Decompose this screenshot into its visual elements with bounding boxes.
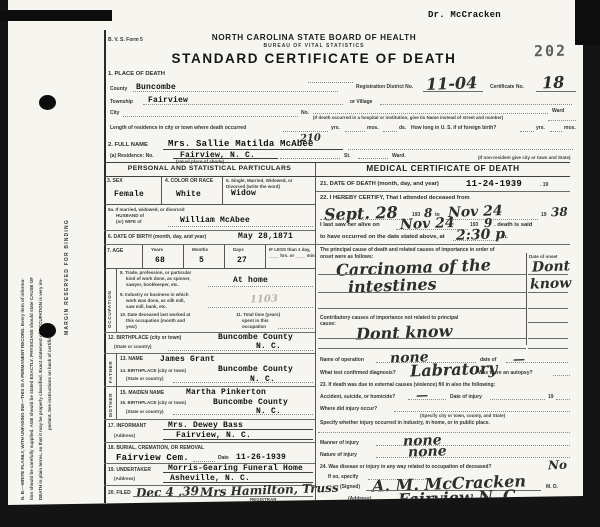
abode-note: (Usual place of abode) — [176, 159, 224, 165]
mother-state-note: (State or country) — [126, 409, 164, 415]
birthplace-state-note: (State or country) — [114, 344, 152, 350]
house-number-handwritten: 210 — [300, 133, 321, 145]
father-name-value: James Grant — [160, 355, 215, 364]
age-years-cell: Years 68 — [143, 245, 184, 268]
signed-label: (Signed) — [340, 484, 360, 490]
registrar-label: REGISTRAR — [250, 497, 277, 503]
place-of-death-label: 1. PLACE OF DEATH — [108, 71, 165, 78]
accident-handwritten: — — [416, 388, 428, 402]
total-time-label-1: 11. Total time (years) — [236, 312, 280, 318]
medical-section-title: MEDICAL CERTIFICATE OF DEATH — [316, 164, 570, 173]
marital-cell: 5. Single, Married, Widowed, or Divorced… — [223, 176, 315, 204]
mother-birthplace-value: Buncombe County — [213, 398, 288, 407]
where-injury-note: (Specify city or town, county, and State… — [420, 413, 505, 419]
days-label: Days — [233, 247, 244, 253]
full-name-label: 2. FULL NAME — [108, 142, 148, 149]
scan-artifact-top-stripe — [0, 10, 112, 21]
township-label: Township — [110, 99, 133, 105]
years-label: Years — [151, 247, 163, 253]
residence-length-label: Length of residence in city or town wher… — [110, 125, 246, 131]
certificate-no-value: 18 — [542, 73, 565, 93]
margin-note-line3: DEATH in plain terms, so that it may be … — [38, 278, 44, 500]
to-year-printed: 19 — [541, 212, 547, 218]
operation-date-handwritten: — — [513, 352, 525, 366]
color-race-value: White — [176, 190, 201, 199]
contributory-handwritten: Dont know — [356, 321, 453, 343]
specify-injury-label: Specify whether injury occurred in indus… — [320, 420, 490, 426]
county-label: County — [110, 86, 127, 92]
months-value: 5 — [199, 256, 204, 265]
external-causes-label: 23. If death was due to external causes … — [320, 382, 495, 388]
injury-19-label: 19 — [548, 394, 554, 400]
occupation-side-label: OCCUPATION — [107, 290, 113, 328]
industry-pencil-mark: 1103 — [250, 294, 278, 306]
spouse-label-1: 5a. If married, widowed, or divorced — [108, 207, 185, 213]
margin-binding-label: MARGIN RESERVED FOR BINDING — [64, 219, 70, 335]
cause-of-death-line2: intestines — [348, 274, 437, 296]
city-no-label: No. — [301, 110, 309, 116]
nature-handwritten: none — [408, 443, 447, 460]
color-race-label: 4. COLOR OR RACE — [165, 178, 213, 184]
yrs-label: yrs. — [331, 125, 340, 131]
filed-date-handwritten: Dec 4 ,39 — [136, 484, 199, 500]
md-label: M. D. — [546, 484, 558, 490]
father-state-note: (State or country) — [126, 376, 164, 382]
date-of-death-suffix: . 19 — [540, 182, 548, 188]
spouse-value: William McAbee — [180, 216, 250, 225]
if-less-cell: IF LESS than 1 day, ____ hrs. or ____ mi… — [266, 245, 315, 268]
injury-date-label: Date of injury — [450, 394, 482, 400]
nature-of-injury-label: Nature of injury — [320, 452, 357, 458]
undertaker-address-label: (Address) — [114, 476, 135, 482]
months-label: Months — [192, 247, 208, 253]
ward2-label: Ward. — [392, 153, 406, 159]
signature-address-label: (Address) — [348, 496, 371, 502]
personal-section-title: PERSONAL AND STATISTICAL PARTICULARS — [104, 165, 315, 172]
hole-punch-top — [39, 95, 56, 110]
village-label: or Village — [350, 99, 372, 105]
operation-label: Name of operation — [320, 357, 364, 363]
test-label: What test confirmed diagnosis? — [320, 370, 396, 376]
father-side-label: FATHER — [108, 361, 114, 383]
column-divider — [315, 162, 316, 503]
certificate-title: STANDARD CERTIFICATE OF DEATH — [104, 51, 524, 66]
signature-address-handwritten: Fairview N. C. — [398, 486, 522, 509]
age-days-cell: Days 27 — [225, 245, 266, 268]
color-race-cell: 4. COLOR OR RACE White — [162, 176, 223, 204]
informant-label: 17. INFORMANT — [108, 423, 146, 429]
last-saw-handwritten: Nov 24 — [400, 215, 455, 233]
sex-cell: 3. SEX Female — [104, 176, 162, 204]
mother-side-label: MOTHER — [108, 393, 114, 417]
ward-label: Ward — [552, 108, 564, 114]
related-occupation-handwritten: No — [548, 458, 567, 473]
total-time-label-2: spent in this — [242, 318, 269, 324]
foreign-birth-label: How long in U. S. if of foreign birth? — [411, 125, 496, 131]
filed-label: 20. FILED — [108, 490, 131, 496]
certificate-paper: N. B.—WRITE PLAINLY, WITH UNFADING INK—T… — [8, 0, 583, 505]
board-name: NORTH CAROLINA STATE BOARD OF HEALTH — [104, 33, 524, 42]
last-worked-label-1: 10. Date deceased last worked at — [120, 312, 190, 318]
mother-birthplace-label: 16. BIRTHPLACE (city or town) — [120, 400, 186, 406]
birthplace-value: Buncombe County — [218, 333, 293, 342]
doctor-annotation: Dr. McCracken — [428, 10, 501, 20]
related-occupation-label: 24. Was disease or injury in any way rel… — [320, 464, 492, 470]
certificate-no-label: Certificate No. — [490, 84, 524, 90]
date-of-death-label: 21. DATE OF DEATH (month, day, and year) — [320, 181, 439, 188]
bureau-name: BUREAU OF VITAL STATISTICS — [104, 43, 524, 49]
burial-date-value: 11-26-1939 — [236, 453, 286, 462]
industry-label-3: saw mill, bank, etc. — [126, 304, 167, 310]
last-worked-label-2: this occupation (month and — [126, 318, 185, 324]
if-less-label: IF LESS than 1 day, ____ hrs. or ____ mi… — [269, 247, 317, 258]
mos2-label: mos. — [564, 125, 576, 131]
spouse-label-3: (or) WIFE of — [116, 219, 142, 225]
city-label: City — [110, 110, 119, 116]
dob-label: 6. DATE OF BIRTH (month, day, and year) — [108, 234, 206, 240]
contributory-label-1: Contributory causes of importance not re… — [320, 315, 458, 321]
father-birthplace-label: 14. BIRTHPLACE (city or town) — [120, 368, 186, 374]
where-injury-label: Where did injury occur? — [320, 406, 377, 412]
accident-label: Accident, suicide, or homicide? — [320, 394, 395, 400]
industry-label-1: 9. Industry or business in which — [120, 292, 189, 298]
margin-note-line4: portant. See instructions on back of cer… — [47, 329, 53, 430]
m-label: m. — [501, 234, 508, 241]
margin-note-line2: tion should be carefully supplied. AGE s… — [29, 277, 35, 500]
autopsy-label: Was there an autopsy? — [478, 370, 533, 376]
ds-label: ds. — [399, 125, 406, 131]
to-year-handwritten: 38 — [551, 205, 568, 220]
stamp-number: 202 — [534, 42, 567, 61]
years-value: 68 — [155, 256, 165, 265]
age-cell: 7. AGE — [104, 245, 143, 268]
marital-value: Widow — [231, 189, 256, 198]
trade-label-2: kind of work done, as spinner, — [126, 276, 191, 282]
undertaker-label: 19. UNDERTAKER — [108, 467, 151, 473]
trade-value: At home — [233, 276, 268, 285]
occurred-label: to have occurred on the date stated abov… — [320, 234, 445, 241]
contributory-label-2: cause: — [320, 321, 336, 327]
father-name-label: 13. NAME — [120, 356, 143, 362]
industry-label-2: work was done, as silk mill, — [126, 298, 185, 304]
st-label: St. — [344, 153, 350, 159]
if-so-specify-label: If so, specify — [328, 474, 358, 480]
hole-punch-bottom — [39, 323, 56, 338]
informant-address-label: (Address) — [114, 433, 135, 439]
onset-handwritten-line2: know — [530, 275, 572, 292]
nonresident-note: (If non-resident give city or town and S… — [478, 155, 571, 161]
principal-cause-label-1: The principal cause of death and related… — [320, 247, 565, 253]
sex-label: 3. SEX — [107, 178, 123, 184]
days-value: 27 — [237, 256, 247, 265]
section-top-rule — [104, 162, 570, 163]
date-of-death-value: 11-24-1939 — [466, 179, 522, 189]
burial-label: 18. BURIAL, CREMATION, OR REMOVAL — [108, 445, 204, 451]
spouse-label-2: HUSBAND of — [116, 213, 144, 219]
residence-label: (a) Residence: No. — [110, 153, 154, 159]
birthplace-label: 12. BIRTHPLACE (city or town) — [108, 335, 181, 341]
time-of-death-handwritten: 2:30 p — [456, 226, 506, 244]
manner-of-injury-label: Manner of injury — [320, 440, 359, 446]
mother-maiden-label: 15. MAIDEN NAME — [120, 390, 164, 396]
marital-label: 5. Single, Married, Widowed, or Divorced… — [226, 178, 312, 189]
father-birthplace-value: Buncombe County — [218, 365, 293, 374]
last-worked-label-3: year) — [126, 324, 137, 330]
mother-maiden-value: Martha Pinkerton — [186, 388, 266, 397]
sex-value: Female — [114, 190, 144, 199]
margin-note-line1: N. B.—WRITE PLAINLY, WITH UNFADING INK—T… — [20, 278, 26, 500]
total-time-label-3: occupation — [242, 324, 266, 330]
dob-value: May 28,1871 — [238, 232, 293, 241]
age-label: 7. AGE — [107, 248, 123, 254]
full-name-value: Mrs. Sallie Matilda McAbee — [168, 139, 314, 149]
trade-label-3: sawyer, bookkeeper, etc. — [126, 282, 179, 288]
certify-label: 22. I HEREBY CERTIFY, That I attended de… — [320, 195, 470, 202]
scan-artifact-top-right — [575, 0, 600, 45]
trade-label-1: 8. Trade, profession, or particular — [120, 270, 191, 276]
mos-label: mos. — [367, 125, 379, 131]
yrs2-label: yrs. — [536, 125, 545, 131]
death-certificate-scan: N. B.—WRITE PLAINLY, WITH UNFADING INK—T… — [0, 0, 600, 527]
hospital-note: (If death occurred in a hospital or inst… — [313, 115, 503, 121]
last-saw-label: I last saw her alive on — [320, 222, 380, 229]
registration-district-label: Registration District No. — [356, 84, 413, 90]
age-months-cell: Months 5 — [184, 245, 225, 268]
burial-place-value: Fairview Cem. — [116, 453, 189, 463]
burial-date-label: Date — [218, 455, 229, 461]
